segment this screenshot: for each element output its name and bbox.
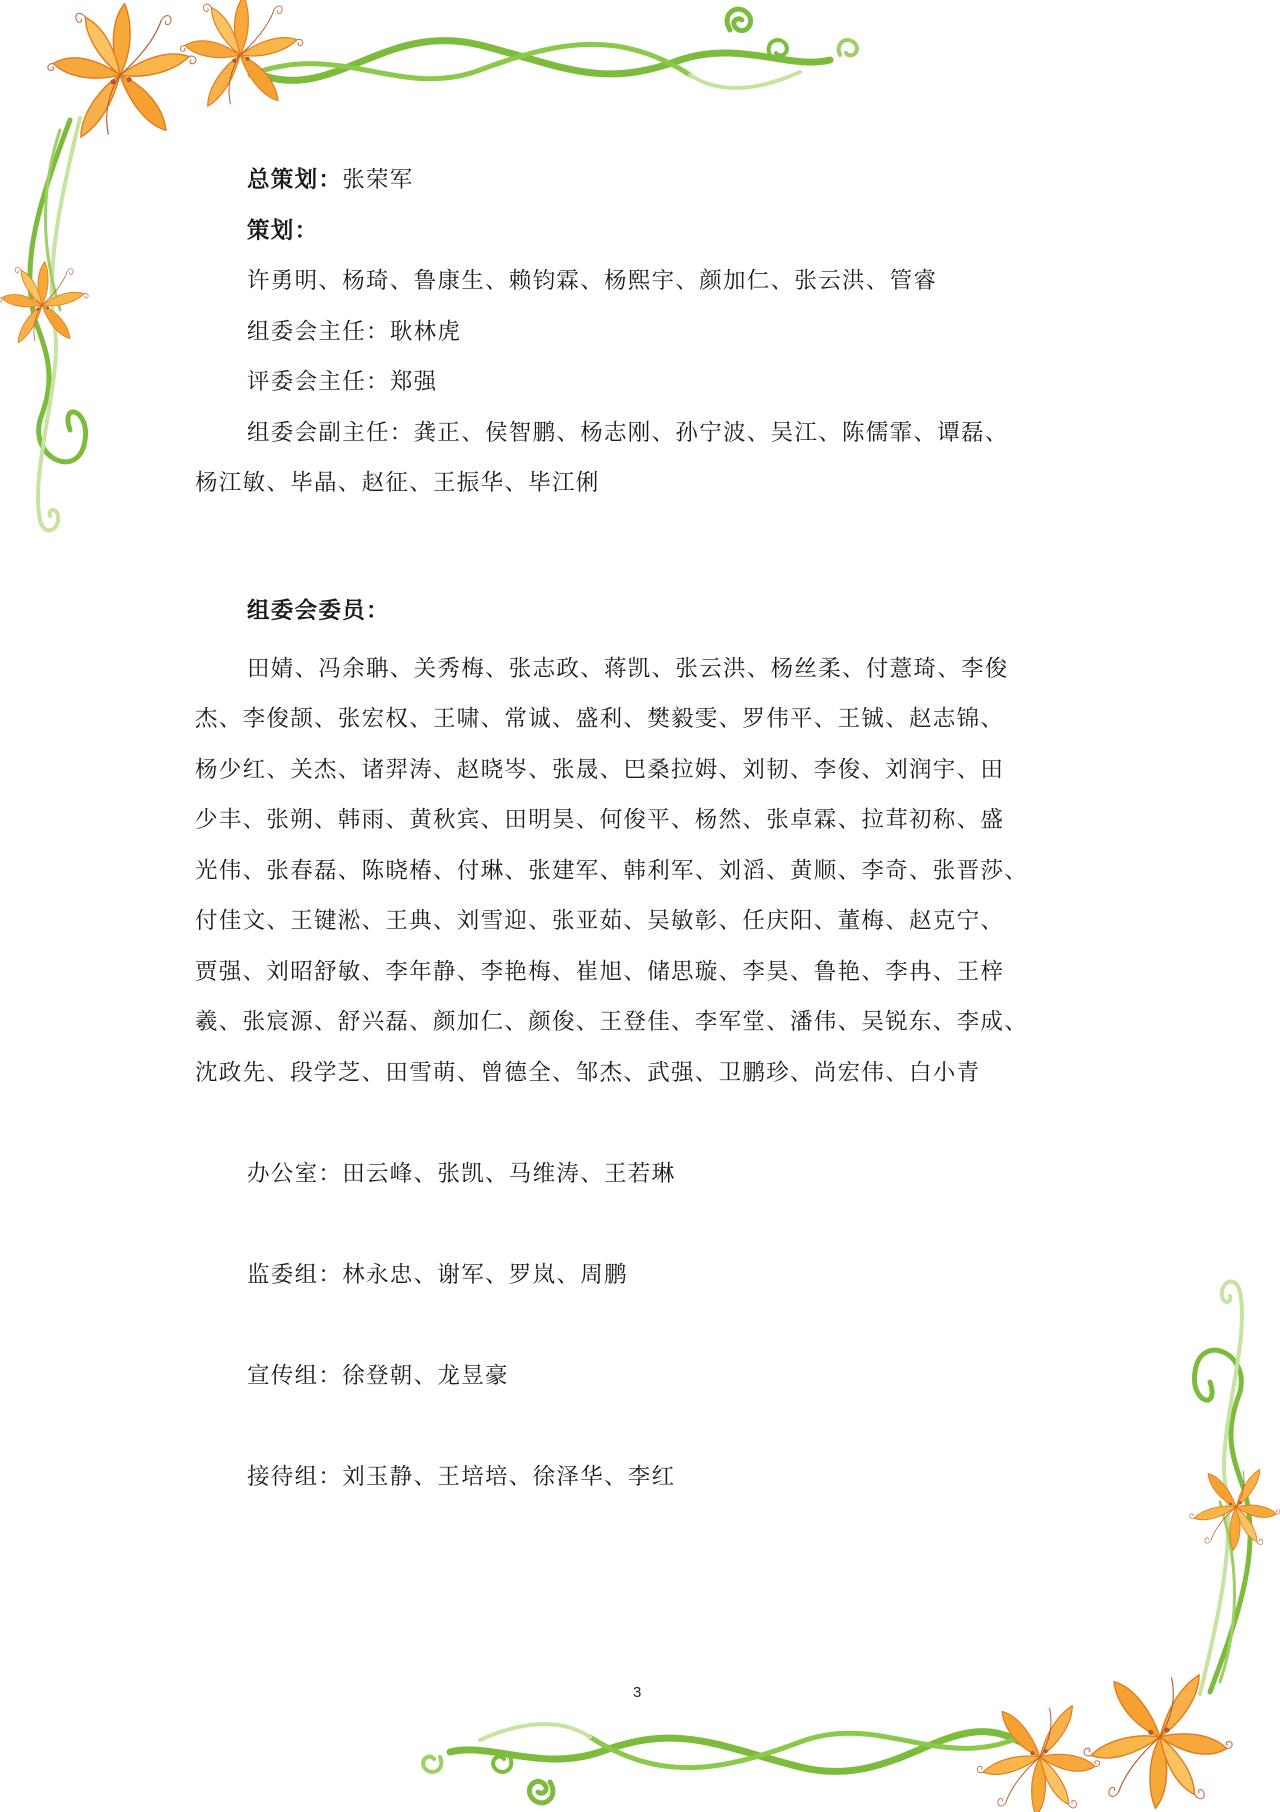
reception-group-label: 接待组： [247,1464,342,1490]
organizing-director-value: 耿林虎 [390,319,461,345]
committee-members-line: 贾强、刘昭舒敏、李年静、李艳梅、崔旭、储思璇、李昊、鲁艳、李冉、王梓 [195,957,1004,987]
planning-members: 许勇明、杨琦、鲁康生、赖钧霖、杨熙宇、颜加仁、张云洪、管睿 [247,266,937,296]
committee-members-line: 少丰、张朔、韩雨、黄秋宾、田明昊、何俊平、杨然、张卓霖、拉茸初称、盛 [195,805,1004,835]
vice-directors-line-2: 杨江敏、毕晶、赵征、王振华、毕江俐 [195,468,600,498]
jury-director-label: 评委会主任： [247,369,390,395]
supervision-group-label: 监委组： [247,1262,342,1288]
vice-directors-names-1: 龚正、侯智鹏、杨志刚、孙宁波、吴江、陈儒霏、谭磊、 [414,420,1009,446]
committee-members-label: 组委会委员： [247,596,390,626]
committee-members-line: 光伟、张春磊、陈晓椿、付琳、张建军、韩利军、刘滔、黄顺、李奇、张晋莎、 [195,856,1028,886]
organizing-director-label: 组委会主任： [247,319,390,345]
jury-director-value: 郑强 [390,369,438,395]
publicity-group-value: 徐登朝、龙昱豪 [342,1363,509,1389]
committee-members-line: 杨少红、关杰、诸羿涛、赵晓岑、张晟、巴桑拉姆、刘韧、李俊、刘润宇、田 [195,755,1004,785]
vice-directors-label: 组委会副主任： [247,420,414,446]
supervision-group-line: 监委组：林永忠、谢军、罗岚、周鹏 [247,1260,628,1290]
reception-group-line: 接待组：刘玉静、王培培、徐泽华、李红 [247,1462,675,1492]
committee-members-line: 沈政先、段学芝、田雪萌、曾德全、邹杰、武强、卫鹏珍、尚宏伟、白小青 [195,1058,980,1088]
publicity-group-line: 宣传组：徐登朝、龙昱豪 [247,1361,509,1391]
organizing-director-line: 组委会主任：耿林虎 [247,317,461,347]
chief-planner-label: 总策划： [247,167,342,193]
vice-directors-line-1: 组委会副主任：龚正、侯智鹏、杨志刚、孙宁波、吴江、陈儒霏、谭磊、 [247,418,1009,448]
committee-members-line: 田婧、冯余聃、关秀梅、张志政、蒋凯、张云洪、杨丝柔、付薏琦、李俊 [247,654,1009,684]
publicity-group-label: 宣传组： [247,1363,342,1389]
chief-planner-line: 总策划：张荣军 [247,165,414,195]
committee-members-line: 杰、李俊颉、张宏权、王啸、常诚、盛利、樊毅雯、罗伟平、王铖、赵志锦、 [195,704,1004,734]
office-value: 田云峰、张凯、马维涛、王若琳 [342,1161,675,1187]
planning-label: 策划： [247,216,318,246]
committee-members-line: 羲、张宸源、舒兴磊、颜加仁、颜俊、王登佳、李军堂、潘伟、吴锐东、李成、 [195,1007,1028,1037]
chief-planner-value: 张荣军 [342,167,413,193]
jury-director-line: 评委会主任：郑强 [247,367,437,397]
supervision-group-value: 林永忠、谢军、罗岚、周鹏 [342,1262,628,1288]
document-page: 总策划：张荣军 策划： 许勇明、杨琦、鲁康生、赖钧霖、杨熙宇、颜加仁、张云洪、管… [0,0,1280,1812]
office-label: 办公室： [247,1161,342,1187]
page-number: 3 [633,1684,641,1701]
reception-group-value: 刘玉静、王培培、徐泽华、李红 [342,1464,675,1490]
committee-members-line: 付佳文、王键淞、王典、刘雪迎、张亚茹、吴敏彰、任庆阳、董梅、赵克宁、 [195,906,1004,936]
office-line: 办公室：田云峰、张凯、马维涛、王若琳 [247,1159,675,1189]
